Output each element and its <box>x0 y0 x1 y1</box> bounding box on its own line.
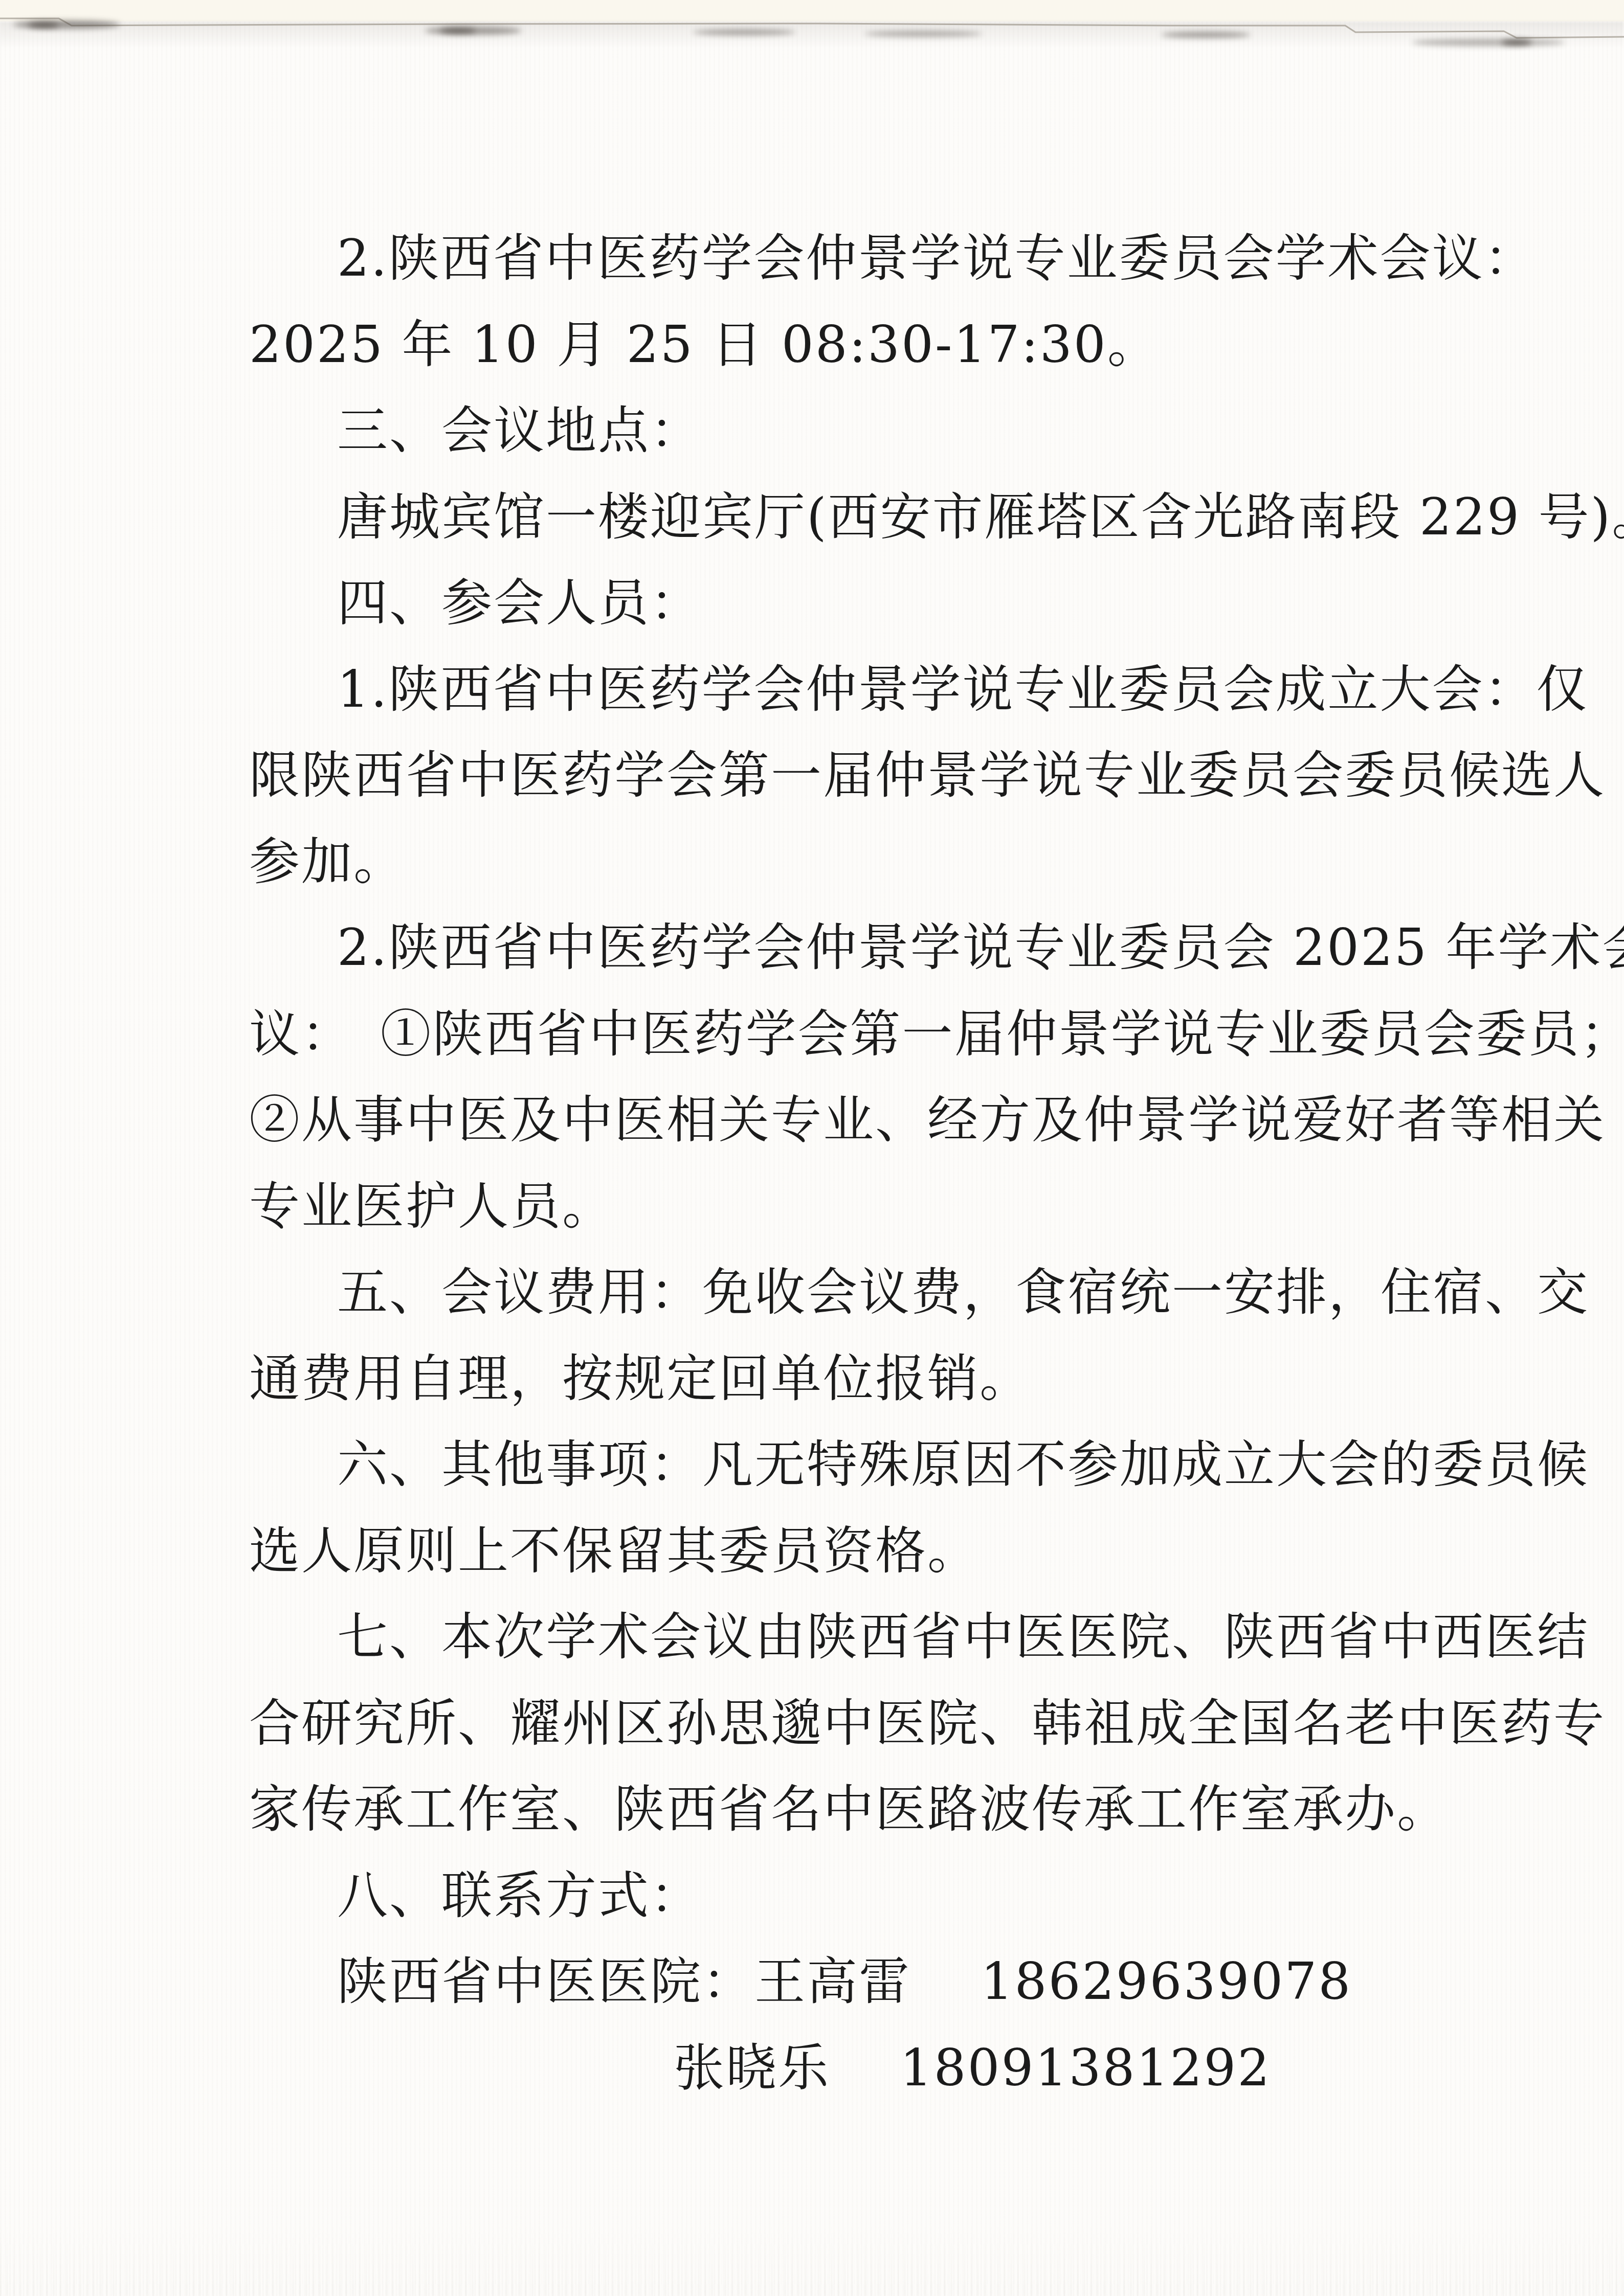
text-line section-heading: 四、参会人员： <box>249 560 1528 647</box>
scanned-document-page: 2.陕西省中医药学会仲景学说专业委员会学术会议： 2025 年 10 月 25 … <box>0 0 1624 2296</box>
text-line: 议： ①陕西省中医药学会第一届仲景学说专业委员会委员； <box>249 992 1528 1078</box>
scan-smudge <box>28 22 59 28</box>
text-line: 合研究所、耀州区孙思邈中医院、韩祖成全国名老中医药专 <box>249 1681 1528 1767</box>
scan-smudge <box>425 27 522 35</box>
document-body: 2.陕西省中医药学会仲景学说专业委员会学术会议： 2025 年 10 月 25 … <box>249 216 1528 2111</box>
text-line contact-line: 张晓乐 18091381292 <box>249 2025 1528 2112</box>
scan-smudge <box>1501 40 1532 45</box>
scan-edge-line <box>0 0 1624 72</box>
scan-smudge <box>864 31 982 37</box>
scan-smudge <box>13 20 120 29</box>
text-line section-heading: 八、联系方式： <box>249 1853 1528 1940</box>
text-line section-heading: 七、本次学术会议由陕西省中医医院、陕西省中西医结 <box>249 1594 1528 1681</box>
scan-smudge <box>1161 32 1251 38</box>
text-line: 参加。 <box>249 819 1528 906</box>
text-line: 2.陕西省中医药学会仲景学说专业委员会学术会议： <box>249 216 1528 302</box>
text-line: 唐城宾馆一楼迎宾厅(西安市雁塔区含光路南段 229 号)。 <box>249 475 1528 561</box>
text-line: 专业医护人员。 <box>249 1164 1528 1250</box>
text-line section-heading: 六、其他事项：凡无特殊原因不参加成立大会的委员候 <box>249 1422 1528 1509</box>
text-line contact-line: 陕西省中医医院：王高雷 18629639078 <box>249 1939 1528 2025</box>
scan-edge-strip <box>0 0 1624 21</box>
scan-artifact-bottom <box>0 2224 1624 2296</box>
text-line: 通费用自理，按规定回单位报销。 <box>249 1336 1528 1423</box>
text-line: 限陕西省中医药学会第一届仲景学说专业委员会委员候选人 <box>249 733 1528 819</box>
text-line: ②从事中医及中医相关专业、经方及仲景学说爱好者等相关 <box>249 1077 1528 1164</box>
text-line: 2025 年 10 月 25 日 08:30-17:30。 <box>249 302 1528 389</box>
text-line: 2.陕西省中医药学会仲景学说专业委员会 2025 年学术会 <box>249 905 1528 992</box>
scan-shading <box>0 21 1624 48</box>
text-line: 1.陕西省中医药学会仲景学说专业委员会成立大会：仅 <box>249 647 1528 733</box>
scan-smudge <box>1412 39 1565 46</box>
scan-smudge <box>693 29 795 35</box>
text-line: 家传承工作室、陕西省名中医路波传承工作室承办。 <box>249 1767 1528 1853</box>
scan-artifact-top <box>0 0 1624 72</box>
text-line section-heading: 三、会议地点： <box>249 388 1528 475</box>
text-line: 选人原则上不保留其委员资格。 <box>249 1509 1528 1595</box>
text-line section-heading: 五、会议费用：免收会议费，食宿统一安排，住宿、交 <box>249 1250 1528 1336</box>
scan-smudge <box>440 28 476 33</box>
